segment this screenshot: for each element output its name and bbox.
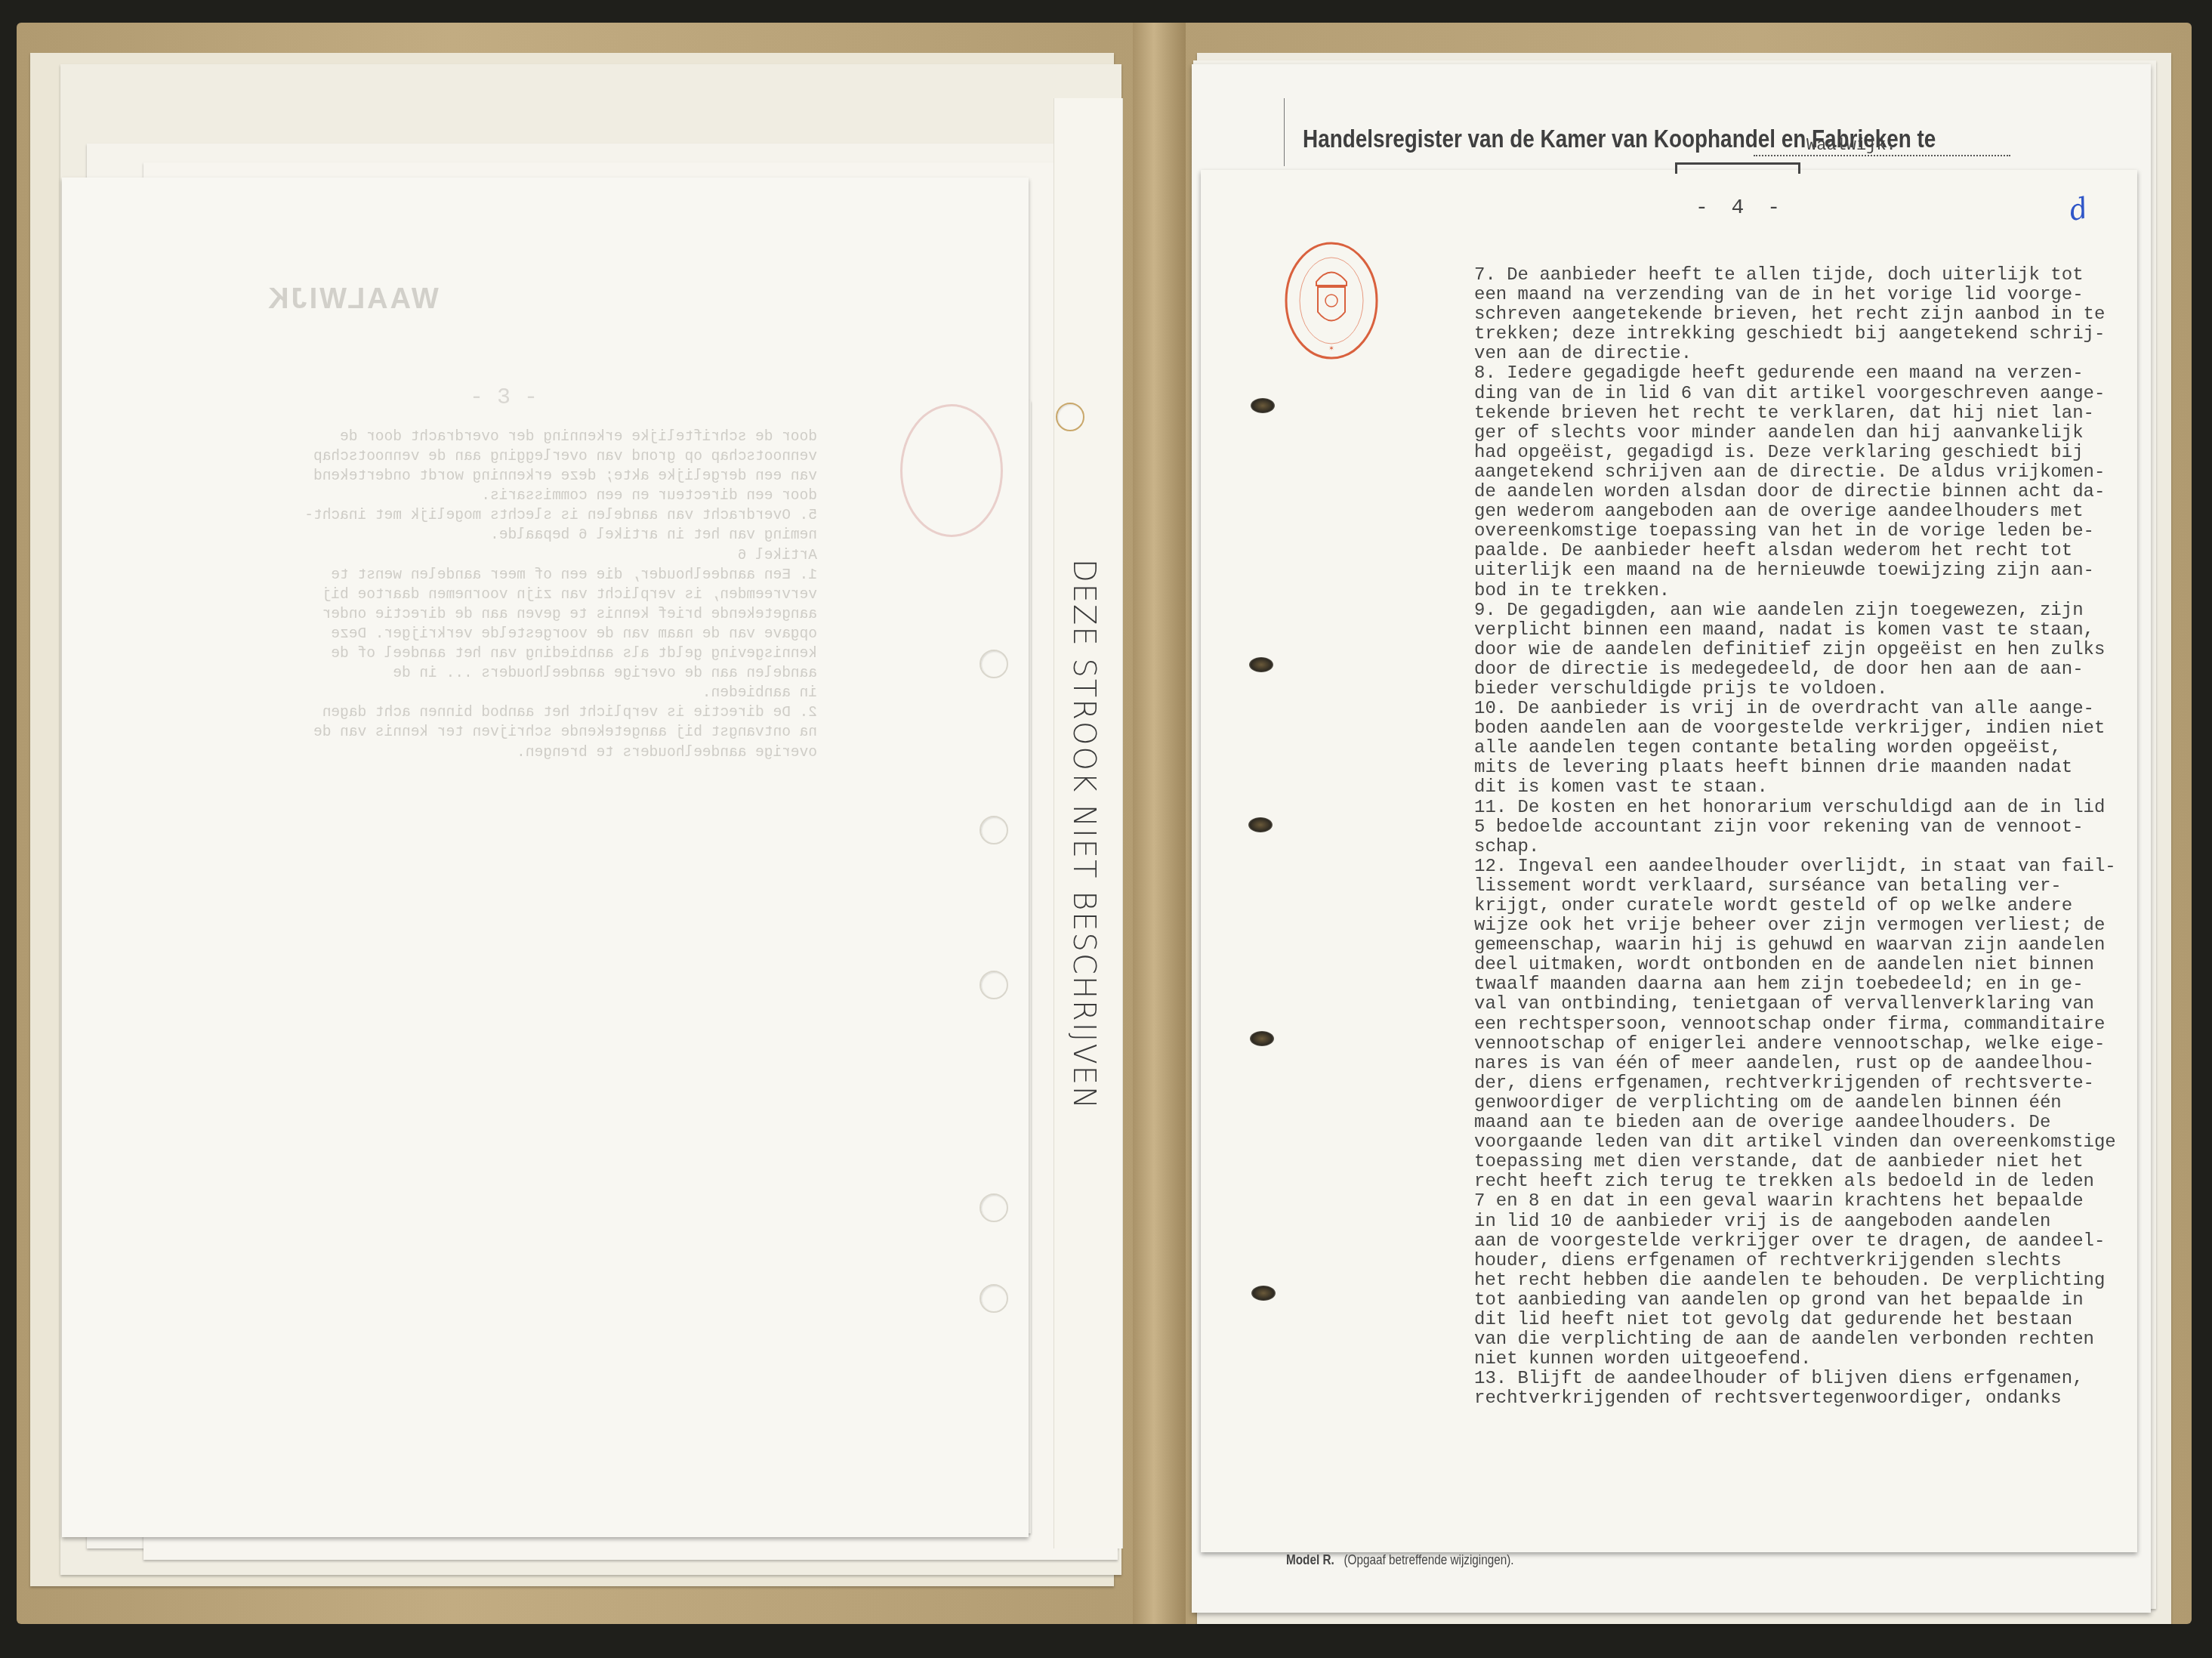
form-place-field: Waalwijk. [1754, 136, 2010, 156]
rust-punch-hole-icon [1056, 403, 1084, 431]
binder-hole-icon [1251, 398, 1275, 413]
punch-hole-icon [980, 816, 1008, 844]
ghost-bleedthrough-text: door de schriftelijke erkenning der over… [198, 427, 817, 762]
left-page: WAALWIJK - 3 - door de schriftelijke erk… [62, 178, 1029, 1537]
svg-text:✶: ✶ [1328, 344, 1334, 352]
ghost-page-number: - 3 - [470, 385, 538, 411]
ghost-title: WAALWIJK [266, 283, 439, 316]
strip-instruction: DEZE STROOK NIET BESCHRIJVEN [1066, 559, 1101, 1110]
form-footer: Model R. (Opgaaf betreffende wijzigingen… [1286, 1552, 1514, 1568]
notary-seal-icon: ✶ [1282, 240, 1381, 361]
bracket-mark [1675, 162, 1800, 174]
form-margin-rule [1284, 98, 1285, 166]
punch-hole-icon [980, 650, 1008, 678]
punch-hole-icon [980, 1193, 1008, 1222]
binder-hole-icon [1249, 657, 1273, 672]
punch-hole-icon [980, 971, 1008, 999]
footer-note: (Opgaaf betreffende wijzigingen). [1344, 1552, 1514, 1567]
punch-hole-icon [980, 1284, 1008, 1313]
binder-hole-icon [1251, 1286, 1276, 1301]
binder-hole-icon [1250, 1031, 1274, 1046]
ghost-seal-icon [900, 404, 1003, 537]
binder-spine [1133, 23, 1186, 1624]
deed-body-text: 7. De aanbieder heeft te allen tijde, do… [1474, 266, 2139, 1409]
footer-model: Model R. [1286, 1552, 1334, 1567]
page-number: - 4 - [1695, 196, 1780, 220]
binder-hole-icon [1248, 817, 1273, 832]
